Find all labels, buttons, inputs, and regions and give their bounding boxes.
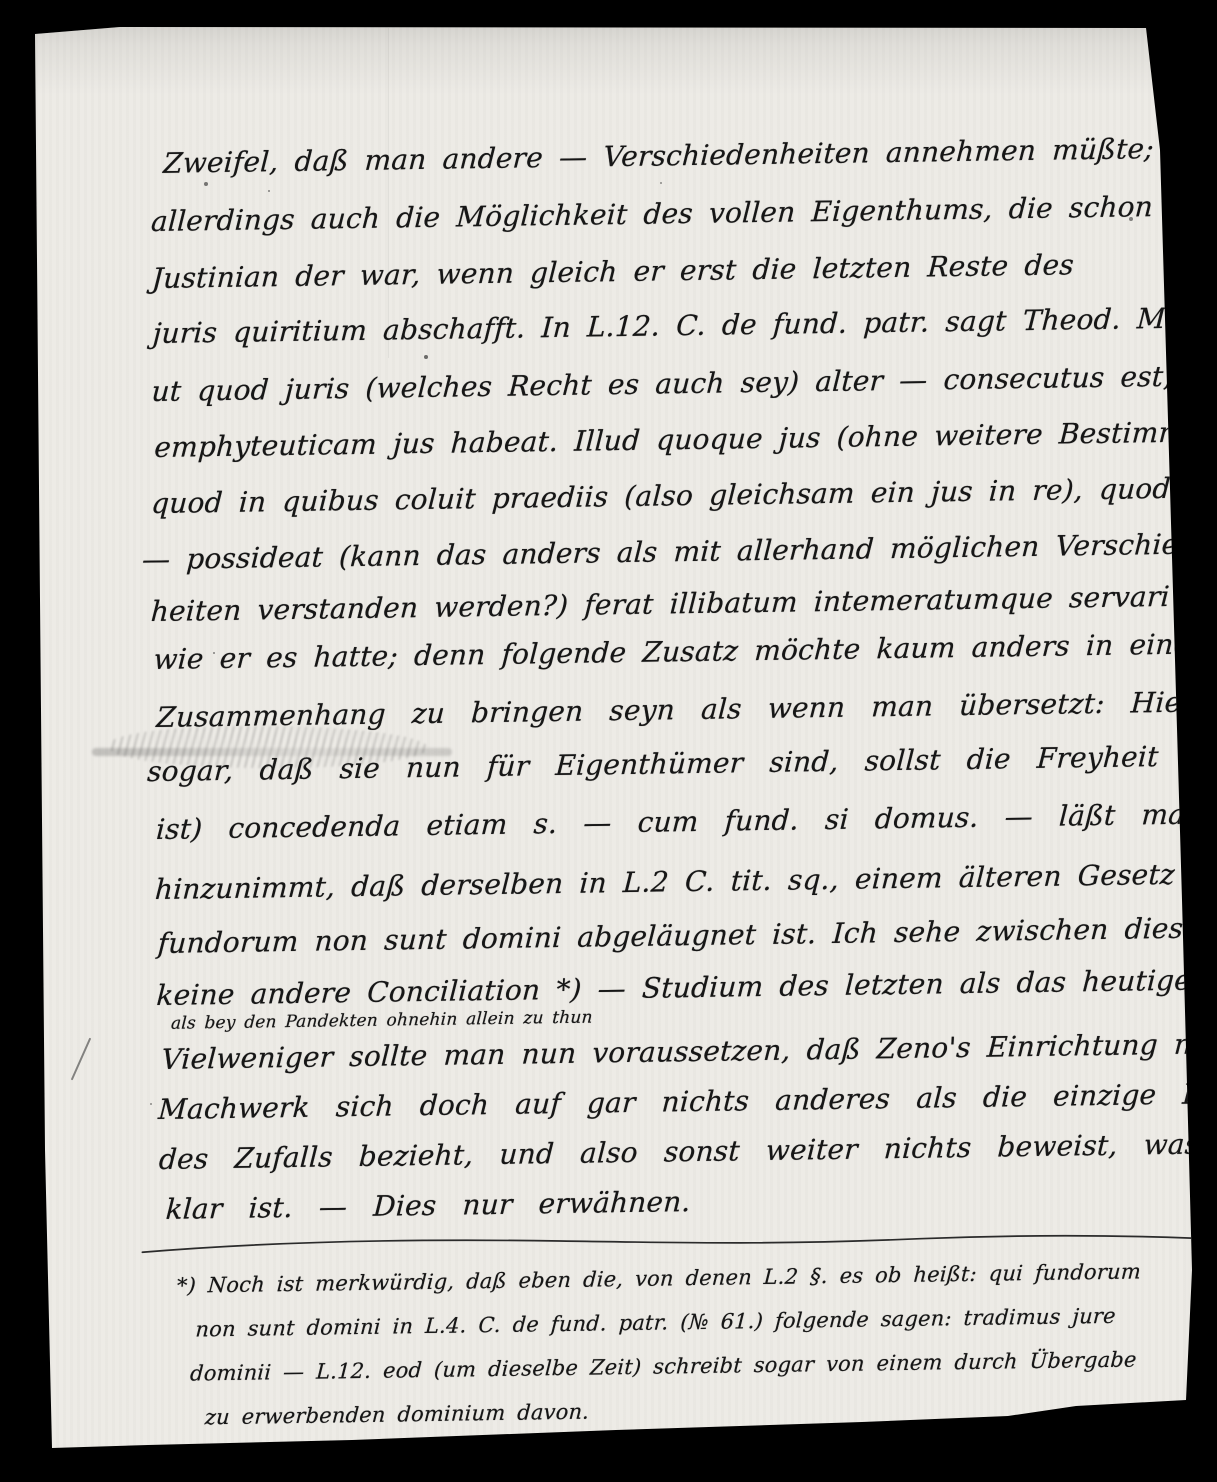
handwriting-line: juris quiritium abschafft. In L.12. C. d…: [152, 305, 1167, 348]
footnote-line: dominii — L.12. eod (um dieselbe Zeit) s…: [190, 1349, 1138, 1384]
interline-insertion: als bey den Pandekten ohnehin allein zu …: [171, 1010, 594, 1033]
footnote-line: non sunt domini in L.4. C. de fund. patr…: [195, 1306, 1116, 1341]
handwriting-line: Zusammenhang zu bringen seyn als wenn ma…: [156, 689, 1196, 732]
handwriting-line: hinzunimmt, daß derselben in L.2 C. tit.…: [154, 858, 1217, 904]
handwriting-line: heiten verstanden werden?) ferat illibat…: [150, 582, 1217, 626]
handwriting-line: — possideat (kann das anders als mit all…: [141, 530, 1217, 574]
handwriting-line: quod in quibus coluit praediis (also gle…: [150, 475, 1171, 518]
footnote-separator-line: [140, 1224, 1204, 1262]
footnote-line: *) Noch ist merkwürdig, daß eben die, vo…: [176, 1261, 1141, 1296]
handwriting-line: klar ist. — Dies nur erwähnen.: [165, 1188, 691, 1224]
handwriting-line: des Zufalls bezieht, und also sonst weit…: [158, 1128, 1217, 1174]
handwriting-line: ut quod juris (welches Recht es auch sey…: [151, 361, 1217, 406]
handwriting-line: emphyteuticam jus habeat. Illud quoque j…: [154, 418, 1217, 462]
manuscript-page: Zweifel, daß man andere — Verschiedenhei…: [0, 0, 1217, 1482]
handwriting-line: allerdings auch die Möglichkeit des voll…: [150, 192, 1216, 236]
handwriting-line: Zweifel, daß man andere — Verschiedenhei…: [162, 135, 1154, 178]
handwriting-line: fundorum non sunt domini abgeläugnet ist…: [157, 912, 1217, 958]
handwriting-line: wie er es hatte; denn folgende Zusatz mö…: [153, 630, 1210, 674]
handwriting-line: Vielweniger sollte man nun voraussetzen,…: [161, 1029, 1217, 1074]
handwriting-line: ist) concedenda etiam s. — cum fund. si …: [155, 799, 1217, 844]
handwriting-line: Machwerk sich doch auf gar nichts andere…: [157, 1078, 1217, 1124]
handwriting-line: keine andere Conciliation *) — Studium d…: [156, 963, 1217, 1010]
footnote-line: zu erwerbenden dominium davon.: [204, 1402, 590, 1429]
paper-specks: [0, 0, 2, 2]
ink-smudge: [110, 726, 428, 768]
handwriting-line: Justinian der war, wenn gleich er erst d…: [151, 251, 1075, 293]
scan-background: Zweifel, daß man andere — Verschiedenhei…: [0, 0, 1217, 1482]
